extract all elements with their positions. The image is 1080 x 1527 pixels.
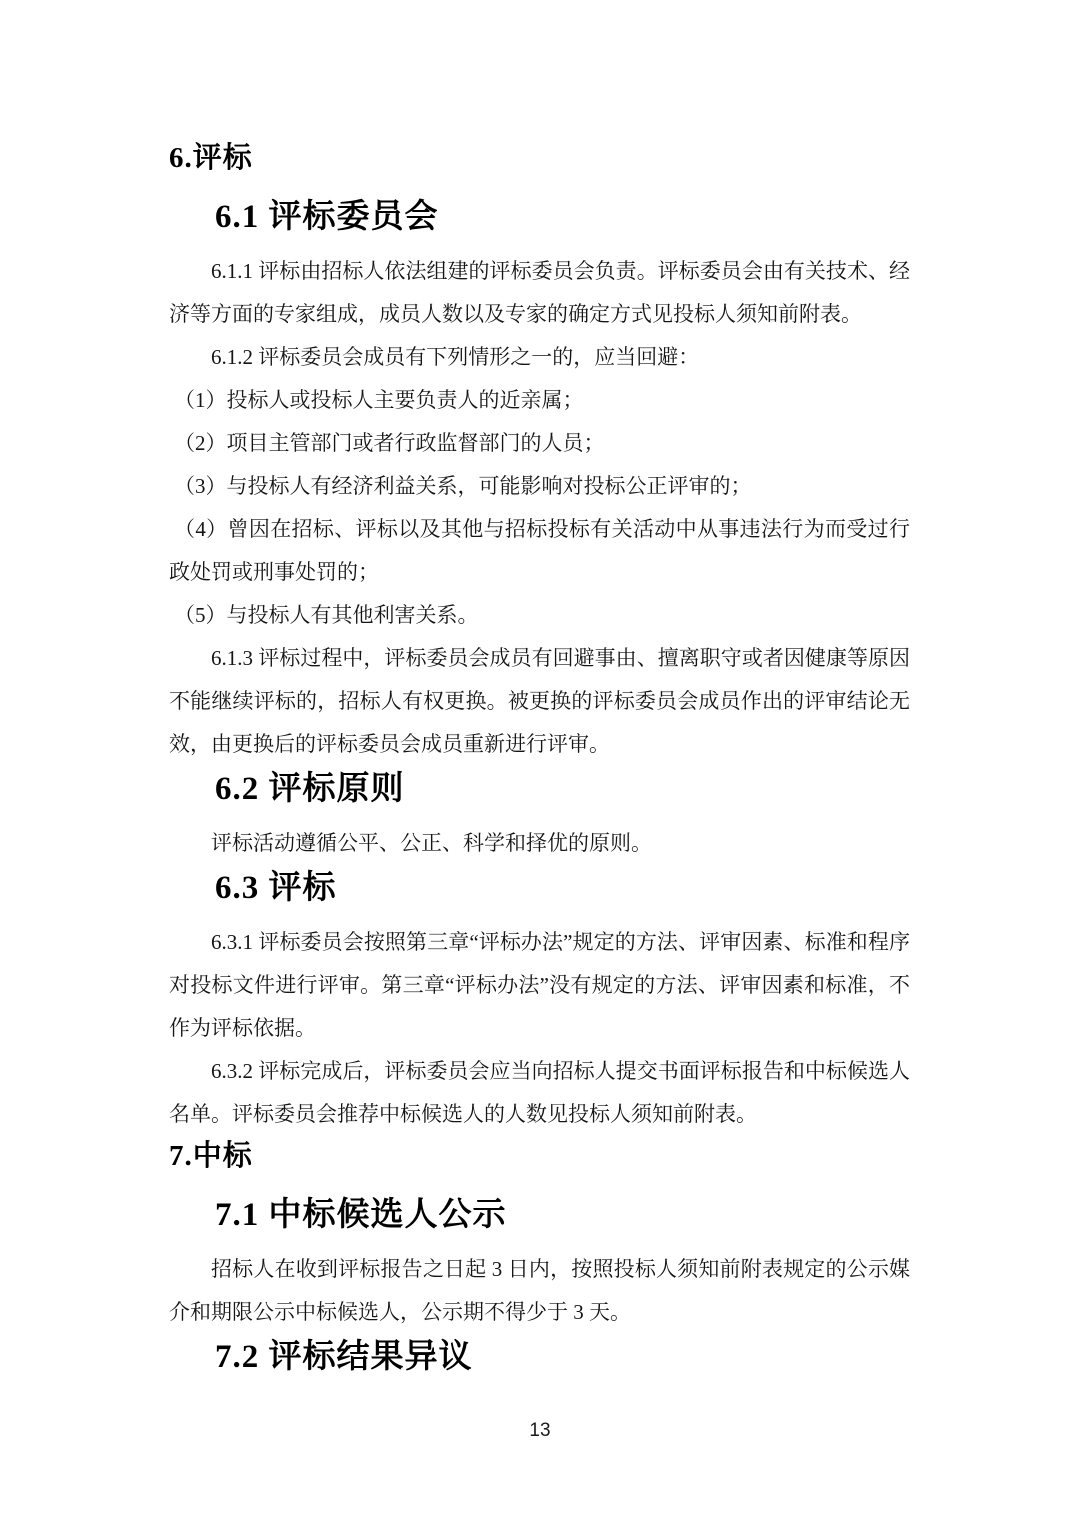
paragraph-7-1-body: 招标人在收到评标报告之日起 3 日内，按照投标人须知前附表规定的公示媒介和期限公… xyxy=(169,1248,910,1334)
list-item-3: （3）与投标人有经济利益关系，可能影响对投标公正评审的； xyxy=(169,465,910,508)
heading-section-6: 6.评标 xyxy=(169,138,910,178)
document-content: 6.评标 6.1 评标委员会 6.1.1 评标由招标人依法组建的评标委员会负责。… xyxy=(169,138,910,1390)
paragraph-6-2-body: 评标活动遵循公平、公正、科学和择优的原则。 xyxy=(169,822,910,865)
heading-7-1: 7.1 中标候选人公示 xyxy=(215,1192,910,1238)
paragraph-6-1-2: 6.1.2 评标委员会成员有下列情形之一的，应当回避： xyxy=(169,336,910,379)
paragraph-6-3-2: 6.3.2 评标完成后，评标委员会应当向招标人提交书面评标报告和中标候选人名单。… xyxy=(169,1050,910,1136)
heading-6-2: 6.2 评标原则 xyxy=(215,766,910,812)
heading-7-2: 7.2 评标结果异议 xyxy=(215,1334,910,1380)
list-item-2: （2）项目主管部门或者行政监督部门的人员； xyxy=(169,422,910,465)
paragraph-6-3-1: 6.3.1 评标委员会按照第三章“评标办法”规定的方法、评审因素、标准和程序对投… xyxy=(169,921,910,1050)
page-footer: 13 xyxy=(0,1420,1080,1442)
paragraph-6-1-1: 6.1.1 评标由招标人依法组建的评标委员会负责。评标委员会由有关技术、经济等方… xyxy=(169,250,910,336)
list-item-1: （1）投标人或投标人主要负责人的近亲属； xyxy=(169,379,910,422)
list-item-4: （4）曾因在招标、评标以及其他与招标投标有关活动中从事违法行为而受过行政处罚或刑… xyxy=(169,508,910,594)
list-item-5: （5）与投标人有其他利害关系。 xyxy=(169,594,910,637)
heading-section-7: 7.中标 xyxy=(169,1136,910,1176)
heading-6-3: 6.3 评标 xyxy=(215,865,910,911)
document-page: 6.评标 6.1 评标委员会 6.1.1 评标由招标人依法组建的评标委员会负责。… xyxy=(0,0,1080,1527)
heading-6-1: 6.1 评标委员会 xyxy=(215,194,910,240)
paragraph-6-1-3: 6.1.3 评标过程中，评标委员会成员有回避事由、擅离职守或者因健康等原因不能继… xyxy=(169,637,910,766)
page-number: 13 xyxy=(529,1420,550,1441)
